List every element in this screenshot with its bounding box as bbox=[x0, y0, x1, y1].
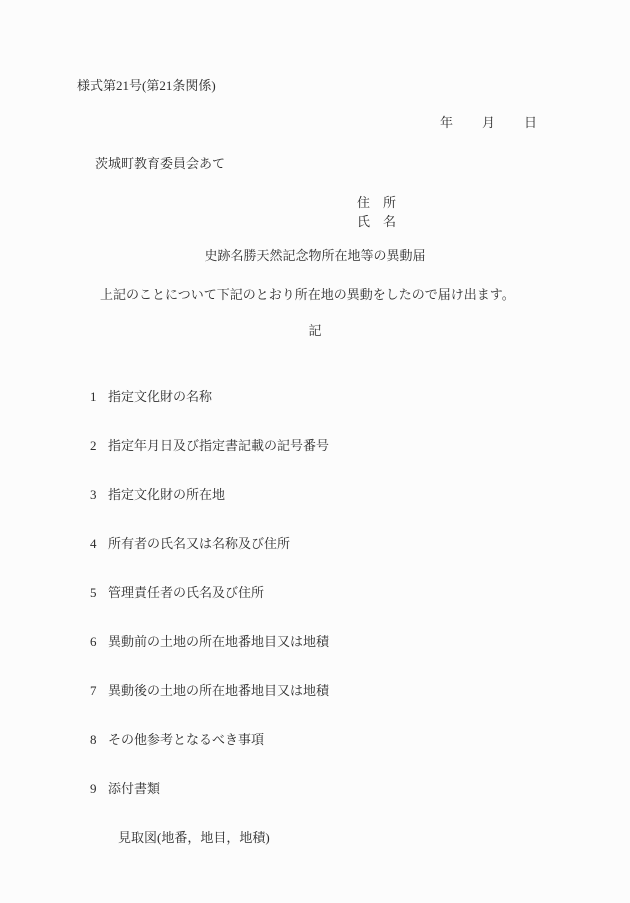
list-item-number: 3 bbox=[90, 485, 108, 504]
list-item-text: 管理責任者の氏名及び住所 bbox=[108, 583, 264, 602]
form-number: 様式第21号(第21条関係) bbox=[77, 78, 216, 93]
list-item-number: 6 bbox=[90, 632, 108, 651]
list-item-text: 異動前の土地の所在地番地目又は地積 bbox=[108, 632, 329, 651]
document-page: 様式第21号(第21条関係) 年 月 日 茨城町教育委員会あて 住 所 氏 名 … bbox=[0, 0, 630, 903]
list-item-text: 異動後の土地の所在地番地目又は地積 bbox=[108, 681, 329, 700]
list-item-number: 1 bbox=[90, 387, 108, 406]
list-item-text: 指定年月日及び指定書記載の記号番号 bbox=[108, 436, 329, 455]
date-day-label: 日 bbox=[524, 115, 537, 130]
list-item-text: 指定文化財の名称 bbox=[108, 387, 212, 406]
date-month-label: 月 bbox=[482, 115, 495, 130]
address-label: 住 所 bbox=[357, 195, 396, 210]
addressee: 茨城町教育委員会あて bbox=[95, 156, 225, 171]
list-item-text: 指定文化財の所在地 bbox=[108, 485, 225, 504]
attachment-note: 見取図(地番，地目，地積) bbox=[90, 828, 329, 847]
numbered-list: 1 指定文化財の名称 2 指定年月日及び指定書記載の記号番号 3 指定文化財の所… bbox=[90, 357, 329, 877]
list-item-number: 2 bbox=[90, 436, 108, 455]
list-item-text: 所有者の氏名又は名称及び住所 bbox=[108, 534, 290, 553]
date-line: 年 月 日 bbox=[440, 115, 537, 130]
list-item: 8 その他参考となるべき事項 bbox=[90, 730, 329, 749]
name-label: 氏 名 bbox=[357, 214, 396, 229]
list-item-text: その他参考となるべき事項 bbox=[108, 730, 264, 749]
list-item: 9 添付書類 bbox=[90, 779, 329, 798]
list-item-number: 8 bbox=[90, 730, 108, 749]
list-item: 5 管理責任者の氏名及び住所 bbox=[90, 583, 329, 602]
list-item: 2 指定年月日及び指定書記載の記号番号 bbox=[90, 436, 329, 455]
list-item: 4 所有者の氏名又は名称及び住所 bbox=[90, 534, 329, 553]
list-item-number: 7 bbox=[90, 681, 108, 700]
list-item-number: 4 bbox=[90, 534, 108, 553]
list-item-number: 5 bbox=[90, 583, 108, 602]
attachment-note-text: 見取図(地番，地目，地積) bbox=[118, 828, 270, 847]
list-item: 7 異動後の土地の所在地番地目又は地積 bbox=[90, 681, 329, 700]
list-item: 3 指定文化財の所在地 bbox=[90, 485, 329, 504]
list-item: 6 異動前の土地の所在地番地目又は地積 bbox=[90, 632, 329, 651]
document-title: 史跡名勝天然記念物所在地等の異動届 bbox=[0, 248, 630, 263]
list-item-text: 添付書類 bbox=[108, 779, 160, 798]
list-item-number: 9 bbox=[90, 779, 108, 798]
date-year-label: 年 bbox=[440, 115, 453, 130]
record-marker: 記 bbox=[0, 323, 630, 338]
body-text: 上記のことについて下記のとおり所在地の異動をしたので届け出ます。 bbox=[100, 287, 515, 302]
list-item: 1 指定文化財の名称 bbox=[90, 387, 329, 406]
